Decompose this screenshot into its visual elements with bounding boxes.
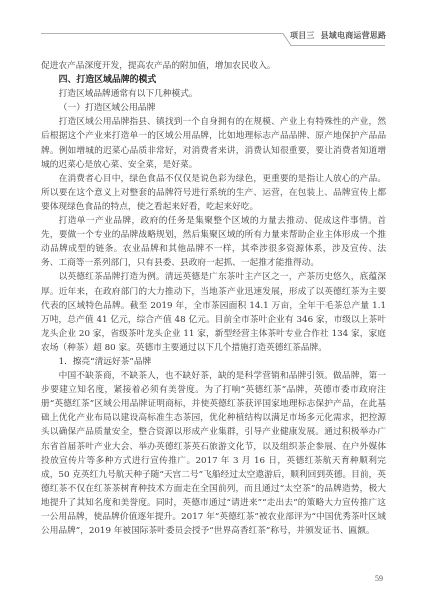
running-header: 项目三县域电商运营思路 xyxy=(290,30,386,41)
paragraph: 在消费者心目中，绿色食品不仅仅是说色彩为绿色，更重要的是指让人放心的产品。所以要… xyxy=(41,172,386,214)
paragraph-intro-tail: 促进农产品深度开发，提高农产品的附加值，增加农民收入。 xyxy=(41,59,386,73)
item-heading: 1．擦亮“清远好茶”品牌 xyxy=(41,355,386,369)
paragraph: 中国不缺茶商，不缺茶人，也不缺好茶，缺的是科学营销和品牌引领。做品牌，第一步要建… xyxy=(41,369,386,538)
page-number: 59 xyxy=(375,574,383,583)
section-heading: 四、打造区域品牌的模式 xyxy=(41,73,386,87)
header-chapter: 县域电商运营思路 xyxy=(321,31,387,40)
section-intro: 打造区域品牌通常有以下几种模式。 xyxy=(41,87,386,101)
page-body: 促进农产品深度开发，提高农产品的附加值，增加农民收入。 四、打造区域品牌的模式 … xyxy=(41,59,386,538)
paragraph: 打造单一产业品牌，政府的任务是集聚整个区域的力量去推动、促成这件事情。首先，要做… xyxy=(41,214,386,270)
paragraph: 打造区域公用品牌指县、镇找到一个自身拥有的在规模、产业上有特殊性的产业，然后根据… xyxy=(41,115,386,171)
header-project: 项目三 xyxy=(290,31,315,40)
paragraph: 以英德红茶品牌打造为例。清远英德是广东茶叶主产区之一，产茶历史悠久，底蕴深厚。近… xyxy=(41,270,386,355)
subsection-heading: （一）打造区域公用品牌 xyxy=(41,101,386,115)
